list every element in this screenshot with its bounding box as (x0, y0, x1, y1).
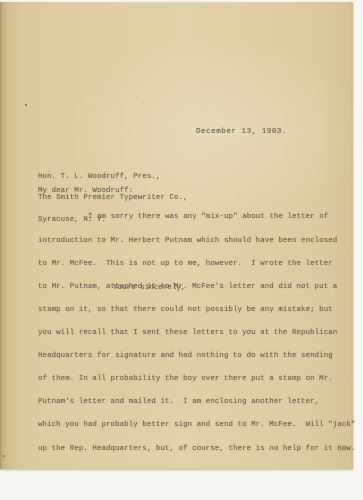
paper-speck (2, 455, 5, 457)
letter-body: I am sorry there was any "mix-up" about … (38, 199, 355, 469)
body-line: to Mr. McFee. This is not up to me, howe… (38, 261, 355, 269)
salutation: My dear Mr. Woodruff: (38, 187, 133, 195)
closing: Yours sincerely, (113, 284, 186, 292)
paper-speck (25, 104, 27, 106)
body-line: Putnam's letter and mailed it. I am encl… (38, 399, 355, 407)
body-line: up the Rep. Headquarters, but, of course… (38, 446, 355, 454)
body-line: to Mr. Putnam, attached it to Mr. McFee'… (38, 284, 355, 292)
body-line: Headquarters for signature and had nothi… (38, 353, 355, 361)
letter-page: December 13, 1903. Hon. T. L. Woodruff, … (0, 2, 353, 469)
body-line: of them. In all probability the boy over… (38, 376, 355, 384)
letter-date: December 13, 1903. (196, 128, 287, 136)
body-line: stamp on it, so that there could not pos… (38, 307, 355, 315)
paper-speck (143, 102, 144, 103)
body-line: which you had probably better sign and s… (38, 422, 355, 430)
scanned-letter-image: { "document": { "kind": "typewritten-let… (0, 0, 363, 500)
body-line: you will recall that I sent these letter… (38, 330, 355, 338)
address-line: Hon. T. L. Woodruff, Pres., (38, 174, 188, 181)
paper-speck (115, 98, 116, 99)
body-line: introduction to Mr. Herbert Putnam which… (38, 238, 355, 246)
body-line: I am sorry there was any "mix-up" about … (38, 214, 355, 222)
